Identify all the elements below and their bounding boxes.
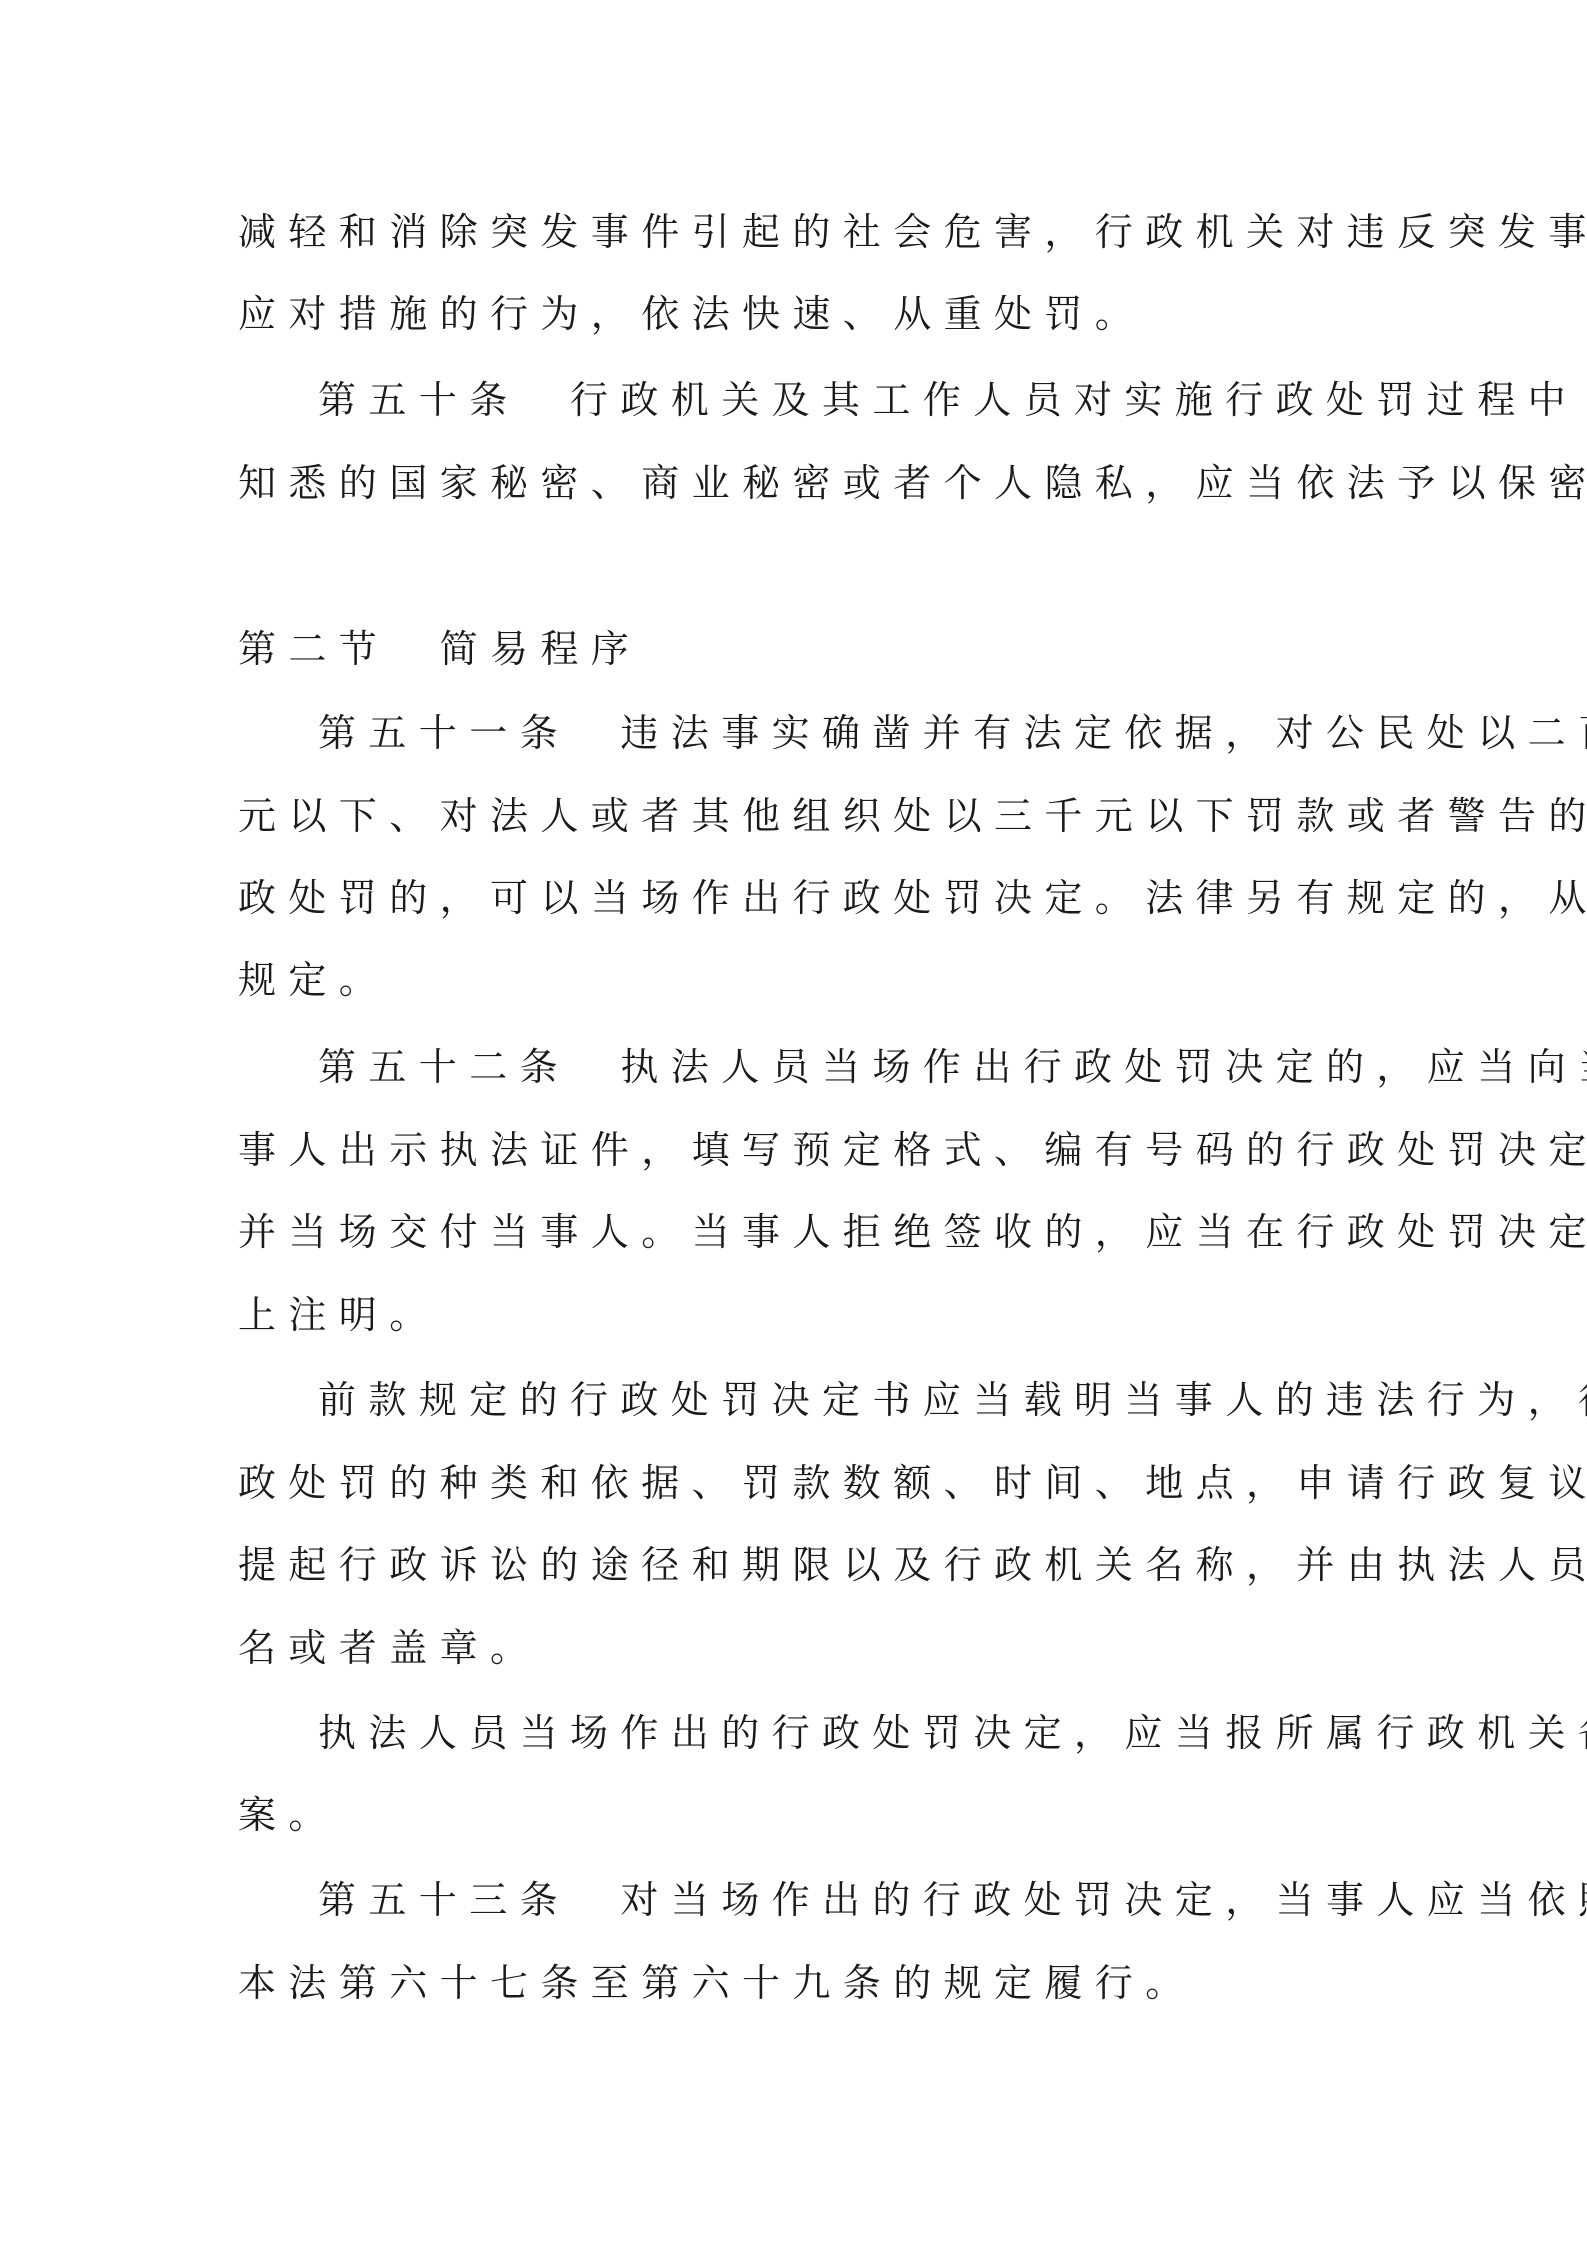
paragraph-line: 案。 <box>238 1785 1358 1845</box>
article-51-line: 第五十一条 违法事实确凿并有法定依据，对公民处以二百 <box>318 703 1438 763</box>
paragraph-line: 减轻和消除突发事件引起的社会危害，行政机关对违反突发事件 <box>238 202 1358 262</box>
paragraph-line: 上注明。 <box>238 1285 1358 1345</box>
paragraph-line: 知悉的国家秘密、商业秘密或者个人隐私，应当依法予以保密。 <box>238 453 1358 513</box>
paragraph-line: 规定。 <box>238 950 1358 1010</box>
paragraph-line: 本法第六十七条至第六十九条的规定履行。 <box>238 1953 1358 2013</box>
paragraph-line: 政处罚的，可以当场作出行政处罚决定。法律另有规定的，从其 <box>238 868 1358 928</box>
paragraph-line: 提起行政诉讼的途径和期限以及行政机关名称，并由执法人员签 <box>238 1535 1358 1595</box>
paragraph-line: 执法人员当场作出的行政处罚决定，应当报所属行政机关备 <box>318 1703 1438 1763</box>
paragraph-line: 并当场交付当事人。当事人拒绝签收的，应当在行政处罚决定书 <box>238 1202 1358 1262</box>
section-heading: 第二节 简易程序 <box>238 619 1358 679</box>
paragraph-line: 应对措施的行为，依法快速、从重处罚。 <box>238 284 1358 344</box>
paragraph-line: 政处罚的种类和依据、罚款数额、时间、地点，申请行政复议、 <box>238 1453 1358 1513</box>
article-53-line: 第五十三条 对当场作出的行政处罚决定，当事人应当依照 <box>318 1870 1438 1930</box>
paragraph-line: 名或者盖章。 <box>238 1618 1358 1678</box>
paragraph-line: 前款规定的行政处罚决定书应当载明当事人的违法行为，行 <box>318 1370 1438 1430</box>
document-page: 减轻和消除突发事件引起的社会危害，行政机关对违反突发事件 应对措施的行为，依法快… <box>0 0 1587 2245</box>
article-52-line: 第五十二条 执法人员当场作出行政处罚决定的，应当向当 <box>318 1037 1438 1097</box>
article-50-line: 第五十条 行政机关及其工作人员对实施行政处罚过程中 <box>318 370 1438 430</box>
paragraph-line: 元以下、对法人或者其他组织处以三千元以下罚款或者警告的行 <box>238 786 1358 846</box>
paragraph-line: 事人出示执法证件，填写预定格式、编有号码的行政处罚决定书， <box>238 1120 1358 1180</box>
